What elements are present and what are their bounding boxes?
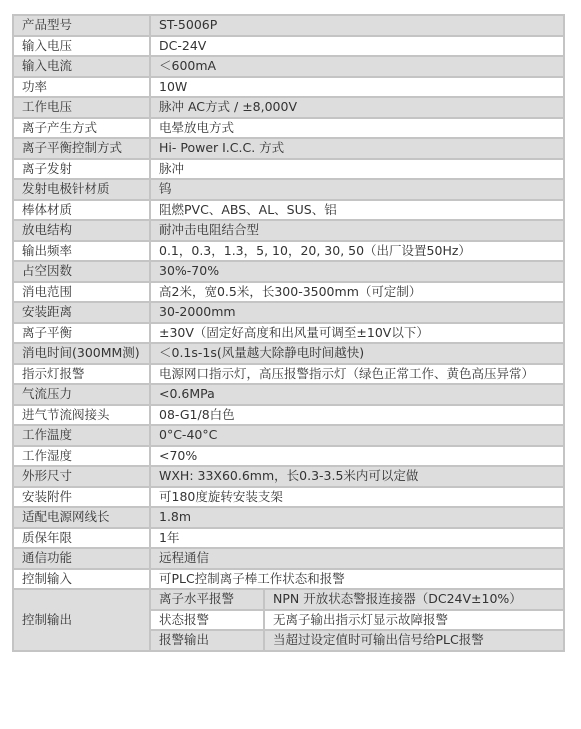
table-row: 工作湿度<70% xyxy=(13,446,564,467)
table-row: 放电结构耐冲击电阻结合型 xyxy=(13,220,564,241)
spec-value: 电晕放电方式 xyxy=(150,118,564,139)
spec-label: 进气节流阀接头 xyxy=(13,405,150,426)
table-row: 离子平衡±30V（固定好高度和出风量可调至±10V以下） xyxy=(13,323,564,344)
table-row: 质保年限1年 xyxy=(13,528,564,549)
spec-label: 消电范围 xyxy=(13,282,150,303)
control-output-item-value: NPN 开放状态警报连接器（DC24V±10%） xyxy=(264,589,564,610)
spec-value: <0.6MPa xyxy=(150,384,564,405)
spec-value: 阻燃PVC、ABS、AL、SUS、铝 xyxy=(150,200,564,221)
spec-label: 适配电源网线长 xyxy=(13,507,150,528)
table-row: 发射电极针材质钨 xyxy=(13,179,564,200)
spec-value: <70% xyxy=(150,446,564,467)
table-row: 输入电流＜600mA xyxy=(13,56,564,77)
control-output-item-value: 无离子输出指示灯显示故障报警 xyxy=(264,610,564,631)
control-output-item-name: 离子水平报警 xyxy=(150,589,264,610)
spec-value: WXH: 33X60.6mm，长0.3-3.5米内可以定做 xyxy=(150,466,564,487)
spec-label: 占空因数 xyxy=(13,261,150,282)
control-output-item-name: 状态报警 xyxy=(150,610,264,631)
table-row: 进气节流阀接头08-G1/8白色 xyxy=(13,405,564,426)
spec-label: 质保年限 xyxy=(13,528,150,549)
spec-value: 1.8m xyxy=(150,507,564,528)
table-row: 工作电压脉冲 AC方式 / ±8,000V xyxy=(13,97,564,118)
spec-value: ST-5006P xyxy=(150,15,564,36)
spec-label: 安装距离 xyxy=(13,302,150,323)
spec-value: 脉冲 AC方式 / ±8,000V xyxy=(150,97,564,118)
table-row: 气流压力<0.6MPa xyxy=(13,384,564,405)
spec-label: 指示灯报警 xyxy=(13,364,150,385)
spec-value: 可PLC控制离子棒工作状态和报警 xyxy=(150,569,564,590)
spec-label: 工作电压 xyxy=(13,97,150,118)
table-row: 产品型号ST-5006P xyxy=(13,15,564,36)
spec-value: 10W xyxy=(150,77,564,98)
spec-label: 安装附件 xyxy=(13,487,150,508)
table-row: 控制输入可PLC控制离子棒工作状态和报警 xyxy=(13,569,564,590)
spec-value: 脉冲 xyxy=(150,159,564,180)
table-row-control-output: 控制输出离子水平报警NPN 开放状态警报连接器（DC24V±10%） xyxy=(13,589,564,610)
spec-value: DC-24V xyxy=(150,36,564,57)
spec-label: 离子平衡控制方式 xyxy=(13,138,150,159)
table-row: 工作温度0°C-40°C xyxy=(13,425,564,446)
spec-label: 控制输入 xyxy=(13,569,150,590)
table-row: 占空因数30%-70% xyxy=(13,261,564,282)
table-row: 通信功能远程通信 xyxy=(13,548,564,569)
table-row: 消电时间(300MM测)＜0.1s-1s(风量越大除静电时间越快) xyxy=(13,343,564,364)
spec-label: 工作湿度 xyxy=(13,446,150,467)
control-output-item-name: 报警输出 xyxy=(150,630,264,651)
table-row: 离子平衡控制方式Hi- Power I.C.C. 方式 xyxy=(13,138,564,159)
spec-label: 功率 xyxy=(13,77,150,98)
spec-label: 输出频率 xyxy=(13,241,150,262)
spec-label: 发射电极针材质 xyxy=(13,179,150,200)
spec-table-body: 产品型号ST-5006P输入电压DC-24V输入电流＜600mA功率10W工作电… xyxy=(13,15,564,651)
table-row: 离子发射脉冲 xyxy=(13,159,564,180)
spec-value: ±30V（固定好高度和出风量可调至±10V以下） xyxy=(150,323,564,344)
table-row: 输入电压DC-24V xyxy=(13,36,564,57)
spec-value: 30%-70% xyxy=(150,261,564,282)
table-row: 指示灯报警电源网口指示灯，高压报警指示灯（绿色正常工作、黄色高压异常） xyxy=(13,364,564,385)
spec-label: 输入电流 xyxy=(13,56,150,77)
spec-label: 工作温度 xyxy=(13,425,150,446)
table-row: 外形尺寸WXH: 33X60.6mm，长0.3-3.5米内可以定做 xyxy=(13,466,564,487)
spec-value: 0.1，0.3，1.3，5, 10，20, 30, 50（出厂设置50Hz） xyxy=(150,241,564,262)
table-row: 适配电源网线长1.8m xyxy=(13,507,564,528)
spec-label: 产品型号 xyxy=(13,15,150,36)
spec-value: 08-G1/8白色 xyxy=(150,405,564,426)
spec-value: 远程通信 xyxy=(150,548,564,569)
control-output-item-value: 当超过设定值时可输出信号给PLC报警 xyxy=(264,630,564,651)
spec-value: ＜600mA xyxy=(150,56,564,77)
spec-label: 通信功能 xyxy=(13,548,150,569)
table-row: 安装附件可180度旋转安装支架 xyxy=(13,487,564,508)
spec-value: ＜0.1s-1s(风量越大除静电时间越快) xyxy=(150,343,564,364)
spec-value: Hi- Power I.C.C. 方式 xyxy=(150,138,564,159)
table-row: 功率10W xyxy=(13,77,564,98)
spec-value: 钨 xyxy=(150,179,564,200)
spec-table: 产品型号ST-5006P输入电压DC-24V输入电流＜600mA功率10W工作电… xyxy=(12,14,565,652)
spec-label: 棒体材质 xyxy=(13,200,150,221)
spec-label: 外形尺寸 xyxy=(13,466,150,487)
table-row: 消电范围高2米，宽0.5米，长300-3500mm（可定制） xyxy=(13,282,564,303)
control-output-label: 控制输出 xyxy=(13,589,150,651)
spec-value: 1年 xyxy=(150,528,564,549)
spec-value: 30-2000mm xyxy=(150,302,564,323)
table-row: 输出频率0.1，0.3，1.3，5, 10，20, 30, 50（出厂设置50H… xyxy=(13,241,564,262)
spec-label: 离子产生方式 xyxy=(13,118,150,139)
table-row: 安装距离30-2000mm xyxy=(13,302,564,323)
spec-label: 离子发射 xyxy=(13,159,150,180)
table-row: 棒体材质阻燃PVC、ABS、AL、SUS、铝 xyxy=(13,200,564,221)
spec-label: 离子平衡 xyxy=(13,323,150,344)
spec-label: 放电结构 xyxy=(13,220,150,241)
spec-label: 气流压力 xyxy=(13,384,150,405)
spec-value: 可180度旋转安装支架 xyxy=(150,487,564,508)
spec-label: 输入电压 xyxy=(13,36,150,57)
table-row: 离子产生方式电晕放电方式 xyxy=(13,118,564,139)
spec-value: 耐冲击电阻结合型 xyxy=(150,220,564,241)
spec-value: 电源网口指示灯，高压报警指示灯（绿色正常工作、黄色高压异常） xyxy=(150,364,564,385)
spec-value: 高2米，宽0.5米，长300-3500mm（可定制） xyxy=(150,282,564,303)
spec-value: 0°C-40°C xyxy=(150,425,564,446)
spec-label: 消电时间(300MM测) xyxy=(13,343,150,364)
